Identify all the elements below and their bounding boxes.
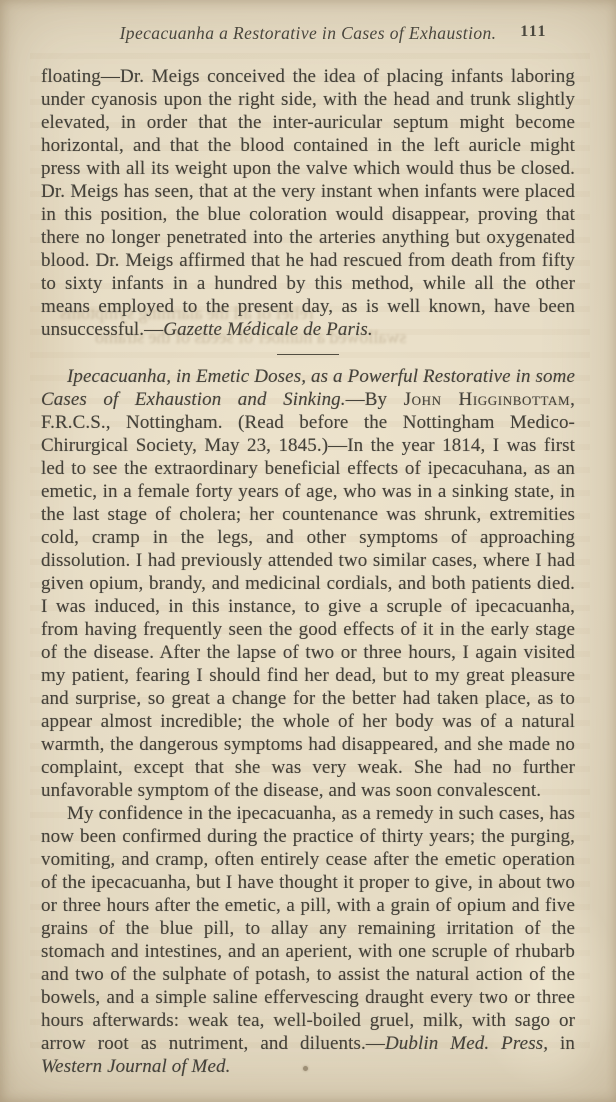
article-opening-paragraph: Ipecacuanha, in Emetic Doses, as a Power… xyxy=(41,365,575,802)
text-block: Ipecacuanha a Restorative in Cases of Ex… xyxy=(41,23,575,1078)
page-number: 111 xyxy=(520,23,547,41)
running-head-title: Ipecacuanha a Restorative in Cases of Ex… xyxy=(120,23,497,43)
section-divider-rule xyxy=(277,354,339,355)
scanned-book-page: swallowed a number of seeds of the stram… xyxy=(0,0,616,1102)
paper-speck xyxy=(303,1066,308,1071)
running-head: Ipecacuanha a Restorative in Cases of Ex… xyxy=(41,23,575,44)
previous-article-continuation-paragraph: floating—Dr. Meigs conceived the idea of… xyxy=(41,65,575,341)
article-second-paragraph: My confidence in the ipecacuanha, as a r… xyxy=(41,802,575,1078)
